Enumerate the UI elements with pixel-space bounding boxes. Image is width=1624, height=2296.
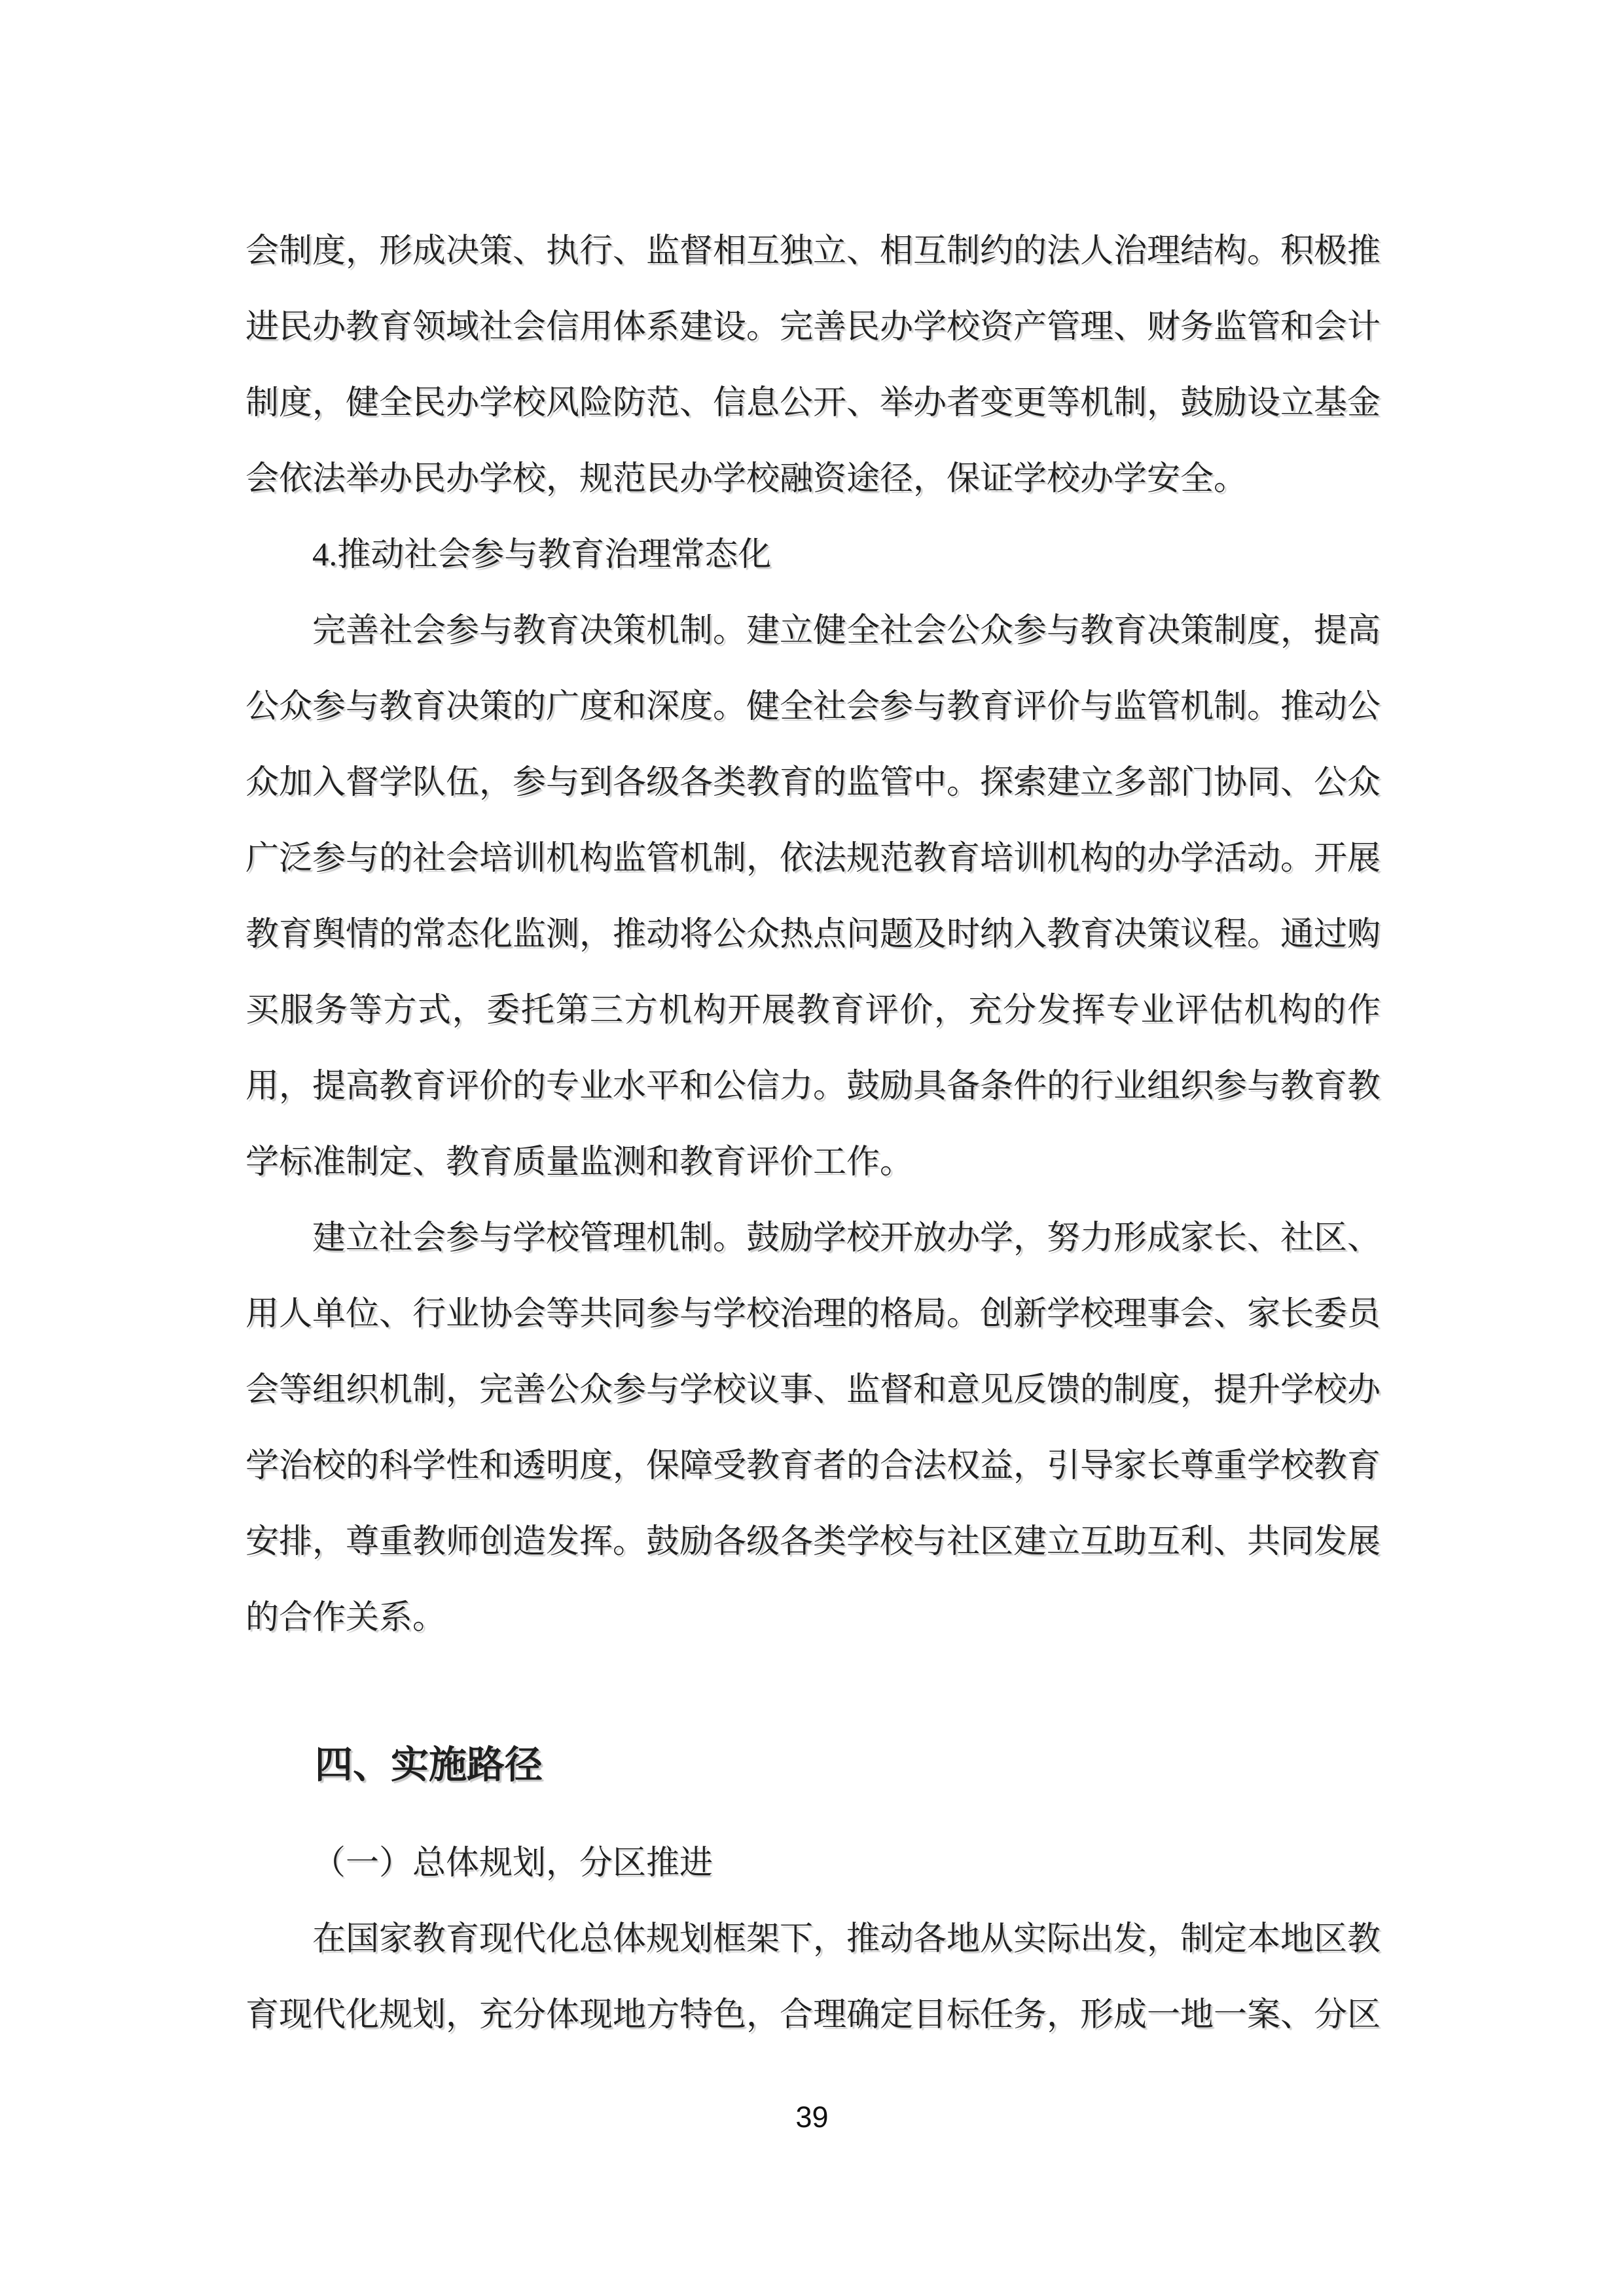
body-line: 进民办教育领域社会信用体系建设。完善民办学校资产管理、财务监管和会计: [245, 289, 1380, 365]
body-line: 制度，健全民办学校风险防范、信息公开、举办者变更等机制，鼓励设立基金: [245, 365, 1380, 441]
body-line: 买服务等方式，委托第三方机构开展教育评价，充分发挥专业评估机构的作: [245, 973, 1380, 1049]
body-line: 用，提高教育评价的专业水平和公信力。鼓励具备条件的行业组织参与教育教: [245, 1049, 1380, 1124]
body-line: 安排，尊重教师创造发挥。鼓励各级各类学校与社区建立互助互利、共同发展: [245, 1504, 1380, 1580]
body-line: 在国家教育现代化总体规划框架下，推动各地从实际出发，制定本地区教: [245, 1901, 1380, 1977]
body-line: 完善社会参与教育决策机制。建立健全社会公众参与教育决策制度，提高: [245, 593, 1380, 669]
body-line: 会依法举办民办学校，规范民办学校融资途径，保证学校办学安全。: [245, 441, 1380, 517]
body-line: 会等组织机制，完善公众参与学校议事、监督和意见反馈的制度，提升学校办: [245, 1352, 1380, 1428]
body-line: 育现代化规划，充分体现地方特色，合理确定目标任务，形成一地一案、分区: [245, 1977, 1380, 2053]
page-text-block: 会制度，形成决策、执行、监督相互独立、相互制约的法人治理结构。积极推 进民办教育…: [245, 213, 1380, 2053]
body-line: 会制度，形成决策、执行、监督相互独立、相互制约的法人治理结构。积极推: [245, 213, 1380, 289]
body-line: 教育舆情的常态化监测，推动将公众热点问题及时纳入教育决策议程。通过购: [245, 897, 1380, 973]
page-number: 39: [0, 2099, 1624, 2136]
body-line: 众加入督学队伍，参与到各级各类教育的监管中。探索建立多部门协同、公众: [245, 745, 1380, 821]
sub-section-heading: （一）总体规划，分区推进: [245, 1825, 1380, 1901]
body-line: 广泛参与的社会培训机构监管机制，依法规范教育培训机构的办学活动。开展: [245, 821, 1380, 897]
section-heading: 四、实施路径: [245, 1727, 1380, 1803]
numbered-subitem-heading: 4.推动社会参与教育治理常态化: [245, 517, 1380, 593]
body-line: 建立社会参与学校管理机制。鼓励学校开放办学，努力形成家长、社区、: [245, 1200, 1380, 1276]
body-line: 公众参与教育决策的广度和深度。健全社会参与教育评价与监管机制。推动公: [245, 669, 1380, 745]
body-line: 学治校的科学性和透明度，保障受教育者的合法权益，引导家长尊重学校教育: [245, 1428, 1380, 1504]
body-line: 学标准制定、教育质量监测和教育评价工作。: [245, 1124, 1380, 1200]
body-line: 的合作关系。: [245, 1580, 1380, 1656]
document-page: 会制度，形成决策、执行、监督相互独立、相互制约的法人治理结构。积极推 进民办教育…: [0, 0, 1624, 2296]
body-line: 用人单位、行业协会等共同参与学校治理的格局。创新学校理事会、家长委员: [245, 1276, 1380, 1352]
